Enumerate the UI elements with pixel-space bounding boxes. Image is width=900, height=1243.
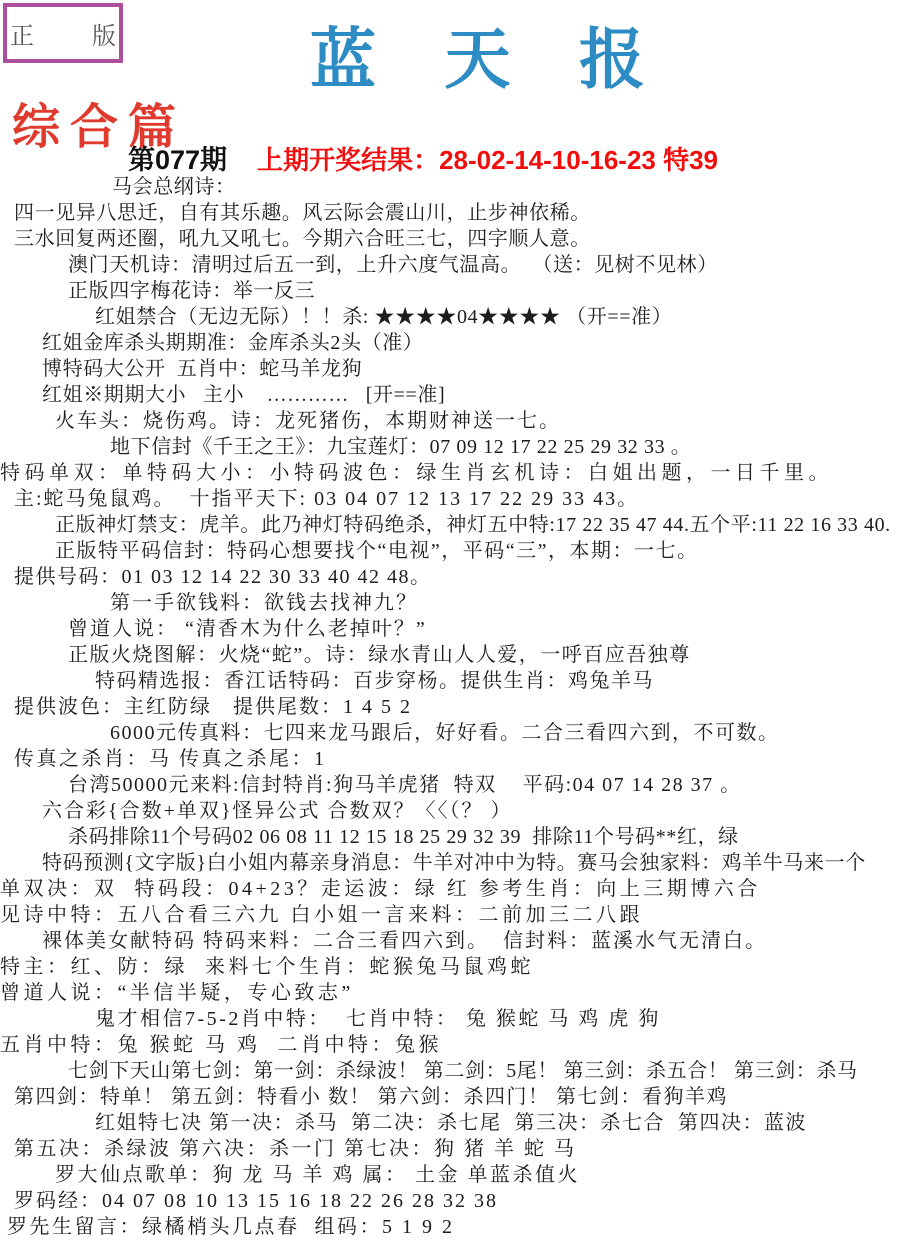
text-line-11: 地下信封《千王之王》：九宝莲灯：07 09 12 17 22 25 29 32 …: [0, 434, 900, 460]
text-line-2: 四一见异八思迁，自有其乐趣。风云际会震山川，止步神依稀。: [0, 200, 900, 226]
text-line-28: 单双决：双 特码段：04+23？走运波：绿 红 参考生肖：向上三期博六合: [0, 876, 900, 902]
text-line-37: 红姐特七决 第一决：杀马 第二决：杀七尾 第三决：杀七合 第四决：蓝波: [0, 1110, 900, 1136]
text-line-7: 红姐金库杀头期期准：金库杀头2头（准）: [0, 330, 900, 356]
text-line-34: 五肖中特：兔 猴蛇 马 鸡 二肖中特：兔猴: [0, 1032, 900, 1058]
text-line-22: 6000元传真料：七四来龙马跟后，好好看。二合三看四六到，不可数。: [0, 720, 900, 746]
text-line-13: 主:蛇马兔鼠鸡。 十指平天下: 03 04 07 12 13 17 22 29 …: [0, 486, 900, 512]
text-line-6: 红姐禁合（无边无际）！！杀: ★★★★04★★★★ （开==准）: [0, 304, 900, 330]
text-line-23: 传真之杀肖：马 传真之杀尾：1: [0, 746, 900, 772]
text-line-14: 正版神灯禁支：虎羊。此乃神灯特码绝杀，神灯五中特:17 22 35 47 44.…: [0, 512, 900, 538]
text-line-3: 三水回复两还圈，吼九又吼七。今期六合旺三七，四字顺人意。: [0, 226, 900, 252]
text-line-26: 杀码排除11个号码02 06 08 11 12 15 18 25 29 32 3…: [0, 824, 900, 850]
text-line-38: 第五决：杀绿波 第六决：杀一门 第七决：狗 猪 羊 蛇 马: [0, 1136, 900, 1162]
text-line-41: 罗先生留言：绿橘梢头几点春 组码：5 1 9 2: [0, 1214, 900, 1240]
text-line-32: 曾道人说：“半信半疑，专心致志”: [0, 980, 900, 1006]
issue-number: 第077期: [128, 138, 227, 177]
issue-row: 第077期 上期开奖结果：28-02-14-10-16-23 特39: [128, 138, 718, 177]
text-line-40: 罗码经：04 07 08 10 13 15 16 18 22 26 28 32 …: [0, 1188, 900, 1214]
text-line-30: 裸体美女献特码 特码来料：二合三看四六到。 信封料：蓝溪水气无清白。: [0, 928, 900, 954]
content-lines: 马会总纲诗：四一见异八思迁，自有其乐趣。风云际会震山川，止步神依稀。三水回复两还…: [0, 174, 900, 1240]
text-line-5: 正版四字梅花诗：举一反三: [0, 278, 900, 304]
text-line-19: 正版火烧图解：火烧“蛇”。诗：绿水青山人人爱，一呼百应吾独尊: [0, 642, 900, 668]
text-line-39: 罗大仙点歌单：狗 龙 马 羊 鸡 属： 土金 单蓝杀值火: [0, 1162, 900, 1188]
newspaper-page: 正 版 蓝 天 报 综合篇 第077期 上期开奖结果：28-02-14-10-1…: [0, 0, 900, 1243]
text-line-35: 七剑下天山第七剑：第一剑：杀绿波！ 第二剑：5尾！ 第三剑：杀五合！ 第三剑：杀…: [0, 1058, 900, 1084]
text-line-27: 特码预测{文字版}白小姐内幕亲身消息：牛羊对冲中为特。赛马会独家料：鸡羊牛马来一…: [0, 850, 900, 876]
text-line-15: 正版特平码信封：特码心想要找个“电视”，平码“三”，本期：一七。: [0, 538, 900, 564]
text-line-21: 提供波色：主红防绿 提供尾数：1 4 5 2: [0, 694, 900, 720]
text-line-36: 第四剑：特单！ 第五剑：特看小 数！ 第六剑：杀四门！ 第七剑：看狗羊鸡: [0, 1084, 900, 1110]
text-line-17: 第一手欲钱料：欲钱去找神九？: [0, 590, 900, 616]
text-line-10: 火车头：烧伤鸡。诗：龙死猪伤，本期财神送一七。: [0, 408, 900, 434]
page-title: 蓝 天 报: [0, 6, 900, 101]
text-line-9: 红姐※期期大小 主小 ………… [开==准]: [0, 382, 900, 408]
text-line-33: 鬼才相信7-5-2肖中特： 七肖中特： 兔 猴蛇 马 鸡 虎 狗: [0, 1006, 900, 1032]
text-line-1: 马会总纲诗：: [0, 174, 900, 200]
last-draw-result: 上期开奖结果：28-02-14-10-16-23 特39: [257, 140, 718, 177]
text-line-4: 澳门天机诗：清明过后五一到，上升六度气温高。 （送：见树不见林）: [0, 252, 900, 278]
text-line-18: 曾道人说： “清香木为什么老掉叶？”: [0, 616, 900, 642]
text-line-24: 台湾50000元来料:信封特肖:狗马羊虎猪 特双 平码:04 07 14 28 …: [0, 772, 900, 798]
text-line-8: 博特码大公开 五肖中：蛇马羊龙狗: [0, 356, 900, 382]
text-line-29: 见诗中特：五八合看三六九 白小姐一言来料：二前加三二八跟: [0, 902, 900, 928]
text-line-31: 特主：红、防：绿 来料七个生肖：蛇猴兔马鼠鸡蛇: [0, 954, 900, 980]
text-line-12: 特码单双：单特码大小：小特码波色：绿生肖玄机诗：白姐出题，一日千里。: [0, 460, 900, 486]
text-line-16: 提供号码：01 03 12 14 22 30 33 40 42 48。: [0, 564, 900, 590]
text-line-25: 六合彩{合数+单双}怪异公式 合数双？〈〈（？ ）: [0, 798, 900, 824]
text-line-20: 特码精选报：香江话特码：百步穿杨。提供生肖：鸡兔羊马: [0, 668, 900, 694]
